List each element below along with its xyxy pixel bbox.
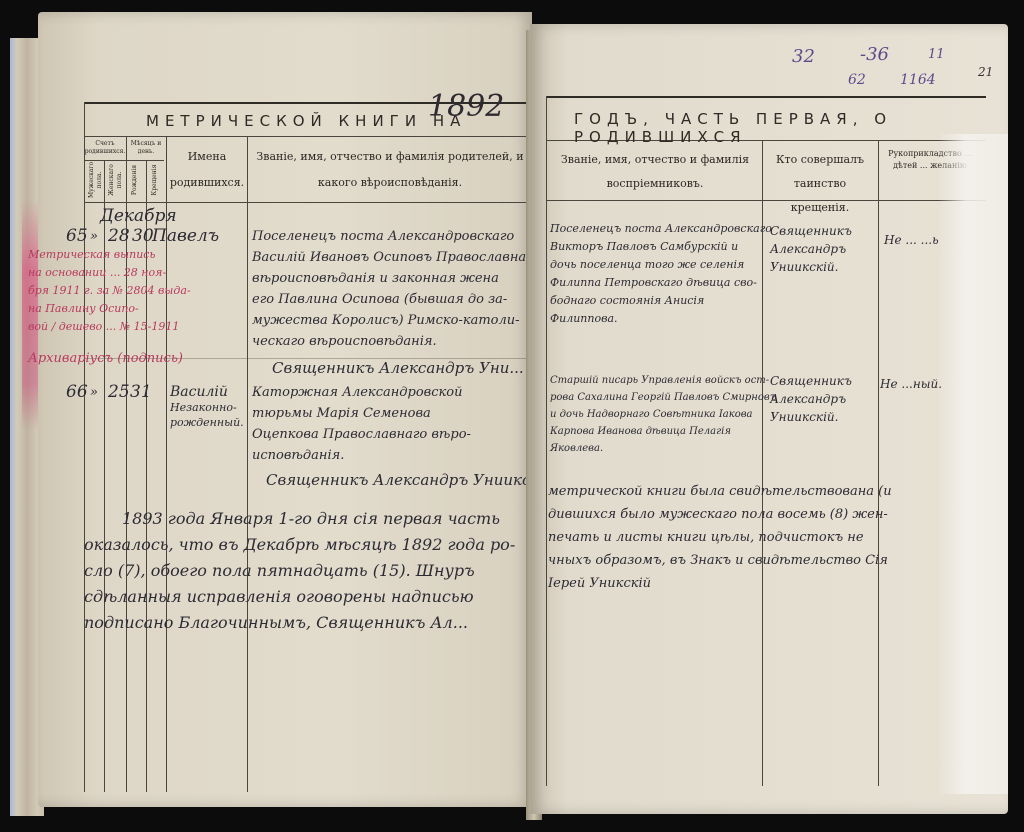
- red-annotation: Метрическая выпись на основании ... 28 н…: [28, 246, 191, 368]
- title-separator: [84, 136, 532, 137]
- record-female-mark: »: [90, 382, 98, 403]
- header-names: Имена родившихся.: [168, 144, 246, 196]
- book-title-left: МЕТРИЧЕСКОЙ КНИГИ НА: [146, 112, 466, 130]
- godparents-text: Старшій писарь Управленія войскъ ост- ро…: [550, 372, 776, 457]
- header-parents: Званіе, имя, отчество и фамилія родителе…: [250, 144, 530, 196]
- record-name-note: рожденный.: [170, 415, 244, 430]
- record-birth-day: 25: [108, 382, 130, 403]
- parents-text: Поселенецъ поста Александровскаго Василі…: [252, 226, 541, 379]
- archive-mark: -36: [860, 44, 889, 65]
- priest-text: Священникъ Александръ Униикскій.: [770, 372, 852, 426]
- archive-mark: 11: [928, 44, 945, 65]
- closing-note-left: 1893 года Января 1-го дня сія первая час…: [84, 506, 515, 636]
- header-baptism: Крещенія: [151, 162, 159, 198]
- record-female-mark: »: [90, 226, 98, 247]
- subheader-separator: [84, 160, 164, 161]
- priest-signature: Священникъ Александръ Уни...: [272, 358, 541, 379]
- record-birth-day: 28: [108, 226, 130, 247]
- header-count: Счетъ родившихся.: [84, 140, 126, 156]
- right-page: 32 -36 11 62 1164 21 ГОДЪ, ЧАСТЬ ПЕРВАЯ,…: [530, 24, 1008, 814]
- priest-signature: Священникъ Александръ Униикскій: [266, 470, 554, 491]
- col-line: [247, 136, 248, 792]
- signature-col-text: Не ...ный.: [880, 374, 942, 395]
- torn-page-edge: [938, 134, 1008, 794]
- record-month: Декабря: [100, 206, 177, 227]
- archive-mark: 32: [792, 46, 815, 67]
- archive-mark: 1164: [900, 70, 936, 91]
- header-birth: Рожденія: [131, 162, 139, 198]
- record-baptism-day: 30: [132, 226, 154, 247]
- handwritten-year: 1892: [428, 96, 504, 117]
- col-line: [84, 102, 85, 792]
- header-godparents: Званіе, имя, отчество и фамилія воспріем…: [550, 148, 760, 196]
- record-number: 66: [66, 382, 88, 403]
- header-female: Женскаго пола.: [108, 162, 124, 198]
- parents-text: Каторжная Александровской тюрьмы Марія С…: [252, 382, 554, 491]
- archive-mark: 62: [848, 70, 866, 91]
- header-month-day: Мѣсяцъ и день.: [126, 140, 166, 156]
- col-line: [878, 140, 879, 786]
- record-name-note: Незаконно-: [170, 400, 237, 415]
- header-male: Мужескаго пола.: [88, 162, 104, 198]
- record-baptism-day: 31: [130, 382, 152, 403]
- table-top-border: [546, 96, 986, 98]
- signature-col-text: Не ... ...ь: [884, 230, 939, 251]
- closing-note-right: метрической книги была свидѣтельствована…: [548, 480, 892, 595]
- archive-mark: 21: [978, 62, 993, 83]
- col-line: [546, 96, 547, 786]
- record-name: Павелъ: [152, 226, 219, 247]
- left-page: МЕТРИЧЕСКОЙ КНИГИ НА 1892 Счетъ родивших…: [38, 12, 532, 807]
- header-bottom-border: [84, 202, 532, 203]
- record-number: 65: [66, 226, 88, 247]
- header-priest: Кто совершалъ таинство крещенія.: [764, 148, 876, 220]
- godparents-text: Поселенецъ поста Александровскаго Виктор…: [550, 220, 772, 328]
- priest-text: Священникъ Александръ Униикскій.: [770, 222, 852, 276]
